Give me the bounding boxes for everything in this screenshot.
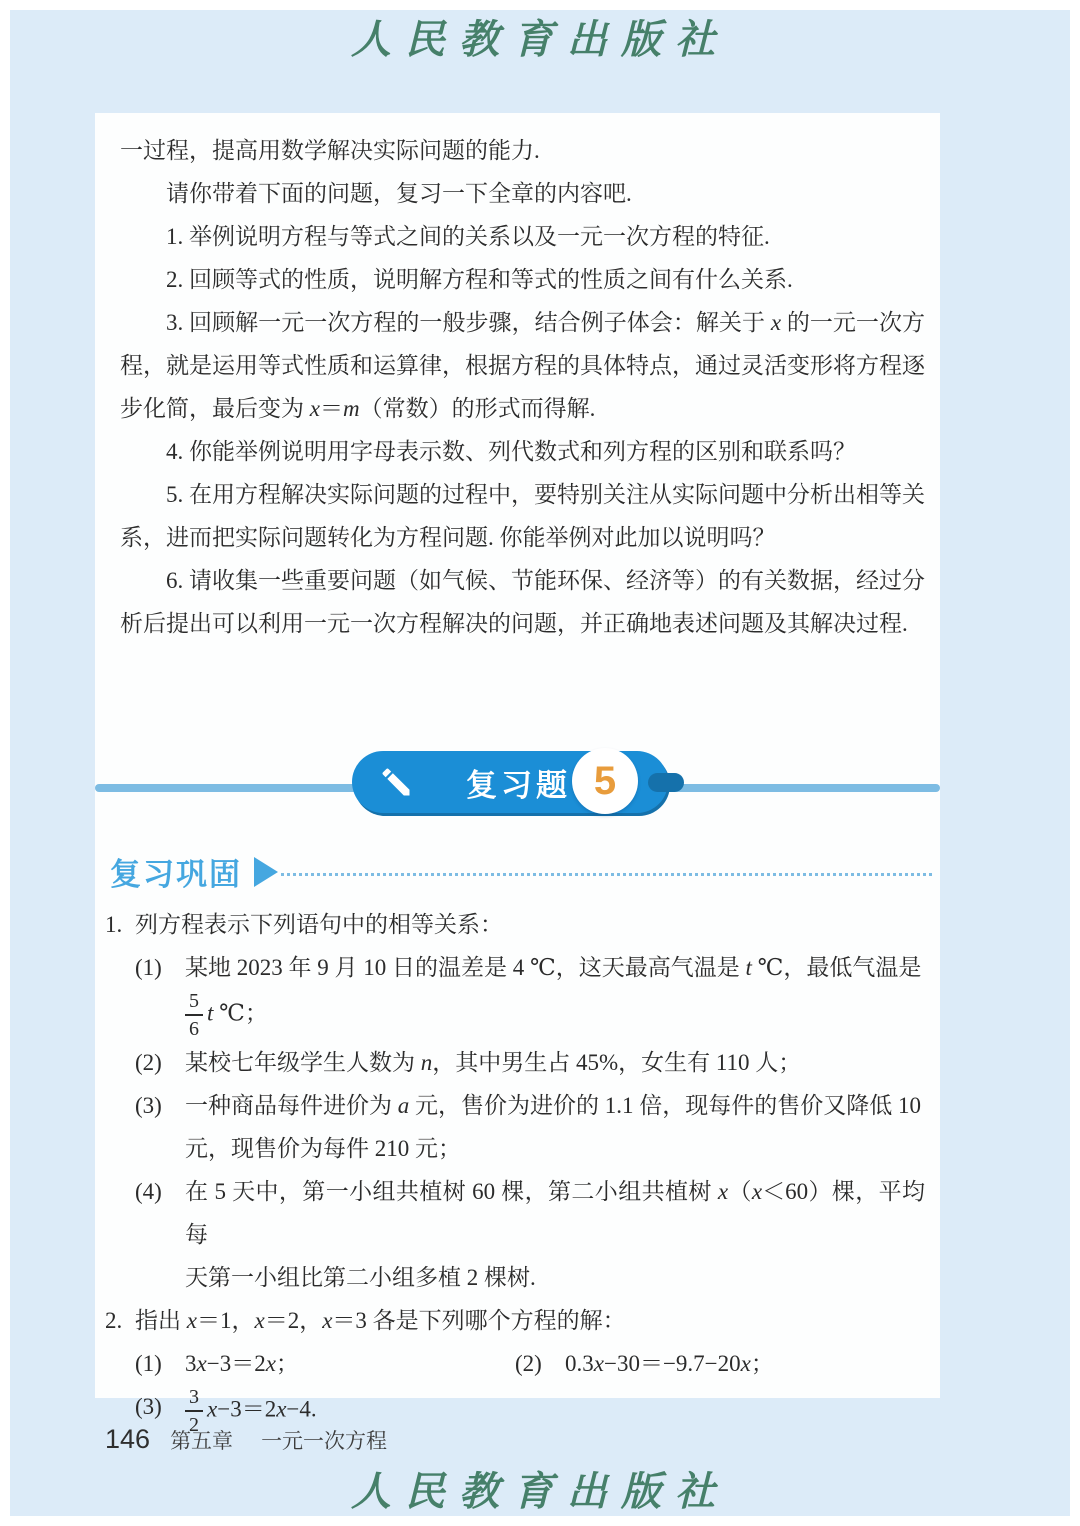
review-exercises-banner: 复习题 5	[352, 751, 668, 813]
item-label: (1)	[135, 946, 185, 1041]
intro-paragraph: 一过程，提高用数学解决实际问题的能力.	[120, 129, 925, 172]
question-items: (1)某地 2023 年 9 月 10 日的温差是 4 ℃，这天最高气温是 t …	[135, 946, 925, 1299]
question-item: (1)3x−3＝2x；	[135, 1342, 515, 1385]
question-number: 2.	[105, 1299, 135, 1342]
page-footer: 146 第五章 一元一次方程	[105, 1424, 387, 1455]
intro-paragraph: 2. 回顾等式的性质，说明解方程和等式的性质之间有什么关系.	[120, 258, 925, 301]
dotted-rule	[281, 873, 932, 876]
item-line: 某地 2023 年 9 月 10 日的温差是 4 ℃，这天最高气温是 t ℃，最…	[185, 946, 925, 989]
question-row: (2)某校七年级学生人数为 n，其中男生占 45%，女生有 110 人；	[135, 1041, 925, 1084]
item-line: 3x−3＝2x；	[185, 1342, 515, 1385]
pencil-icon	[378, 764, 414, 800]
item-line: 某校七年级学生人数为 n，其中男生占 45%，女生有 110 人；	[185, 1041, 925, 1084]
question-item: (2)0.3x−30＝−9.7−20x；	[515, 1342, 925, 1385]
item-content: 某校七年级学生人数为 n，其中男生占 45%，女生有 110 人；	[185, 1041, 925, 1084]
banner-number-badge: 5	[572, 748, 638, 814]
page-number: 146	[105, 1424, 150, 1455]
item-line: 在 5 天中，第一小组共植树 60 棵，第二小组共植树 x（x＜60）棵，平均每	[185, 1170, 925, 1256]
section-title: 复习巩固	[110, 849, 242, 894]
question-row: (1)某地 2023 年 9 月 10 日的温差是 4 ℃，这天最高气温是 t …	[135, 946, 925, 1041]
question-stem: 指出 x＝1，x＝2，x＝3 各是下列哪个方程的解：	[135, 1299, 925, 1342]
question-head: 2.指出 x＝1，x＝2，x＝3 各是下列哪个方程的解：	[105, 1299, 925, 1342]
item-line: 天第一小组比第二小组多植 2 棵树.	[185, 1256, 925, 1299]
question-item: (2)某校七年级学生人数为 n，其中男生占 45%，女生有 110 人；	[135, 1041, 925, 1084]
question-row: (1)3x−3＝2x；(2)0.3x−30＝−9.7−20x；	[135, 1342, 925, 1385]
item-label: (4)	[135, 1170, 185, 1299]
question-number: 1.	[105, 903, 135, 946]
publisher-logotype-top: 人民教育出版社	[0, 8, 1080, 65]
questions-block: 1.列方程表示下列语句中的相等关系：(1)某地 2023 年 9 月 10 日的…	[95, 903, 940, 1437]
item-line: 元，现售价为每件 210 元；	[185, 1127, 925, 1170]
chapter-label: 第五章	[170, 1425, 233, 1455]
item-label: (1)	[135, 1342, 185, 1385]
question: 1.列方程表示下列语句中的相等关系：(1)某地 2023 年 9 月 10 日的…	[105, 903, 925, 1299]
banner-title: 复习题	[466, 760, 571, 805]
section-header: 复习巩固	[110, 849, 932, 894]
triangle-arrow-icon	[254, 857, 278, 887]
question-item: (3)一种商品每件进价为 a 元，售价为进价的 1.1 倍，现每件的售价又降低 …	[135, 1084, 925, 1170]
question-row: (3)一种商品每件进价为 a 元，售价为进价的 1.1 倍，现每件的售价又降低 …	[135, 1084, 925, 1170]
question-stem: 列方程表示下列语句中的相等关系：	[135, 903, 925, 946]
item-line: 56t ℃；	[185, 989, 925, 1041]
item-content: 3x−3＝2x；	[185, 1342, 515, 1385]
intro-paragraph: 请你带着下面的问题，复习一下全章的内容吧.	[120, 172, 925, 215]
intro-paragraph: 1. 举例说明方程与等式之间的关系以及一元一次方程的特征.	[120, 215, 925, 258]
item-content: 一种商品每件进价为 a 元，售价为进价的 1.1 倍，现每件的售价又降低 10元…	[185, 1084, 925, 1170]
intro-paragraph: 5. 在用方程解决实际问题的过程中，要特别关注从实际问题中分析出相等关系，进而把…	[120, 473, 925, 559]
banner-number: 5	[594, 759, 616, 804]
publisher-logotype-bottom: 人民教育出版社	[0, 1460, 1080, 1517]
fraction: 56	[185, 989, 203, 1041]
question-items: (1)3x−3＝2x；(2)0.3x−30＝−9.7−20x；(3)32x−3＝…	[135, 1342, 925, 1437]
intro-paragraph: 6. 请收集一些重要问题（如气候、节能环保、经济等）的有关数据，经过分析后提出可…	[120, 559, 925, 645]
intro-paragraph: 3. 回顾解一元一次方程的一般步骤，结合例子体会：解关于 x 的一元一次方程，就…	[120, 301, 925, 430]
intro-paragraph: 4. 你能举例说明用字母表示数、列代数式和列方程的区别和联系吗？	[120, 430, 925, 473]
banner-end-stub	[648, 773, 684, 792]
item-label: (3)	[135, 1084, 185, 1170]
item-content: 0.3x−30＝−9.7−20x；	[565, 1342, 925, 1385]
item-line: 0.3x−30＝−9.7−20x；	[565, 1342, 925, 1385]
item-line: 一种商品每件进价为 a 元，售价为进价的 1.1 倍，现每件的售价又降低 10	[185, 1084, 925, 1127]
question-head: 1.列方程表示下列语句中的相等关系：	[105, 903, 925, 946]
item-label: (2)	[515, 1342, 565, 1385]
item-label: (2)	[135, 1041, 185, 1084]
question: 2.指出 x＝1，x＝2，x＝3 各是下列哪个方程的解：(1)3x−3＝2x；(…	[105, 1299, 925, 1437]
intro-text-block: 一过程，提高用数学解决实际问题的能力.请你带着下面的问题，复习一下全章的内容吧.…	[95, 113, 940, 645]
question-row: (4)在 5 天中，第一小组共植树 60 棵，第二小组共植树 x（x＜60）棵，…	[135, 1170, 925, 1299]
item-content: 在 5 天中，第一小组共植树 60 棵，第二小组共植树 x（x＜60）棵，平均每…	[185, 1170, 925, 1299]
question-item: (1)某地 2023 年 9 月 10 日的温差是 4 ℃，这天最高气温是 t …	[135, 946, 925, 1041]
chapter-title: 一元一次方程	[261, 1425, 387, 1455]
question-item: (4)在 5 天中，第一小组共植树 60 棵，第二小组共植树 x（x＜60）棵，…	[135, 1170, 925, 1299]
item-content: 某地 2023 年 9 月 10 日的温差是 4 ℃，这天最高气温是 t ℃，最…	[185, 946, 925, 1041]
